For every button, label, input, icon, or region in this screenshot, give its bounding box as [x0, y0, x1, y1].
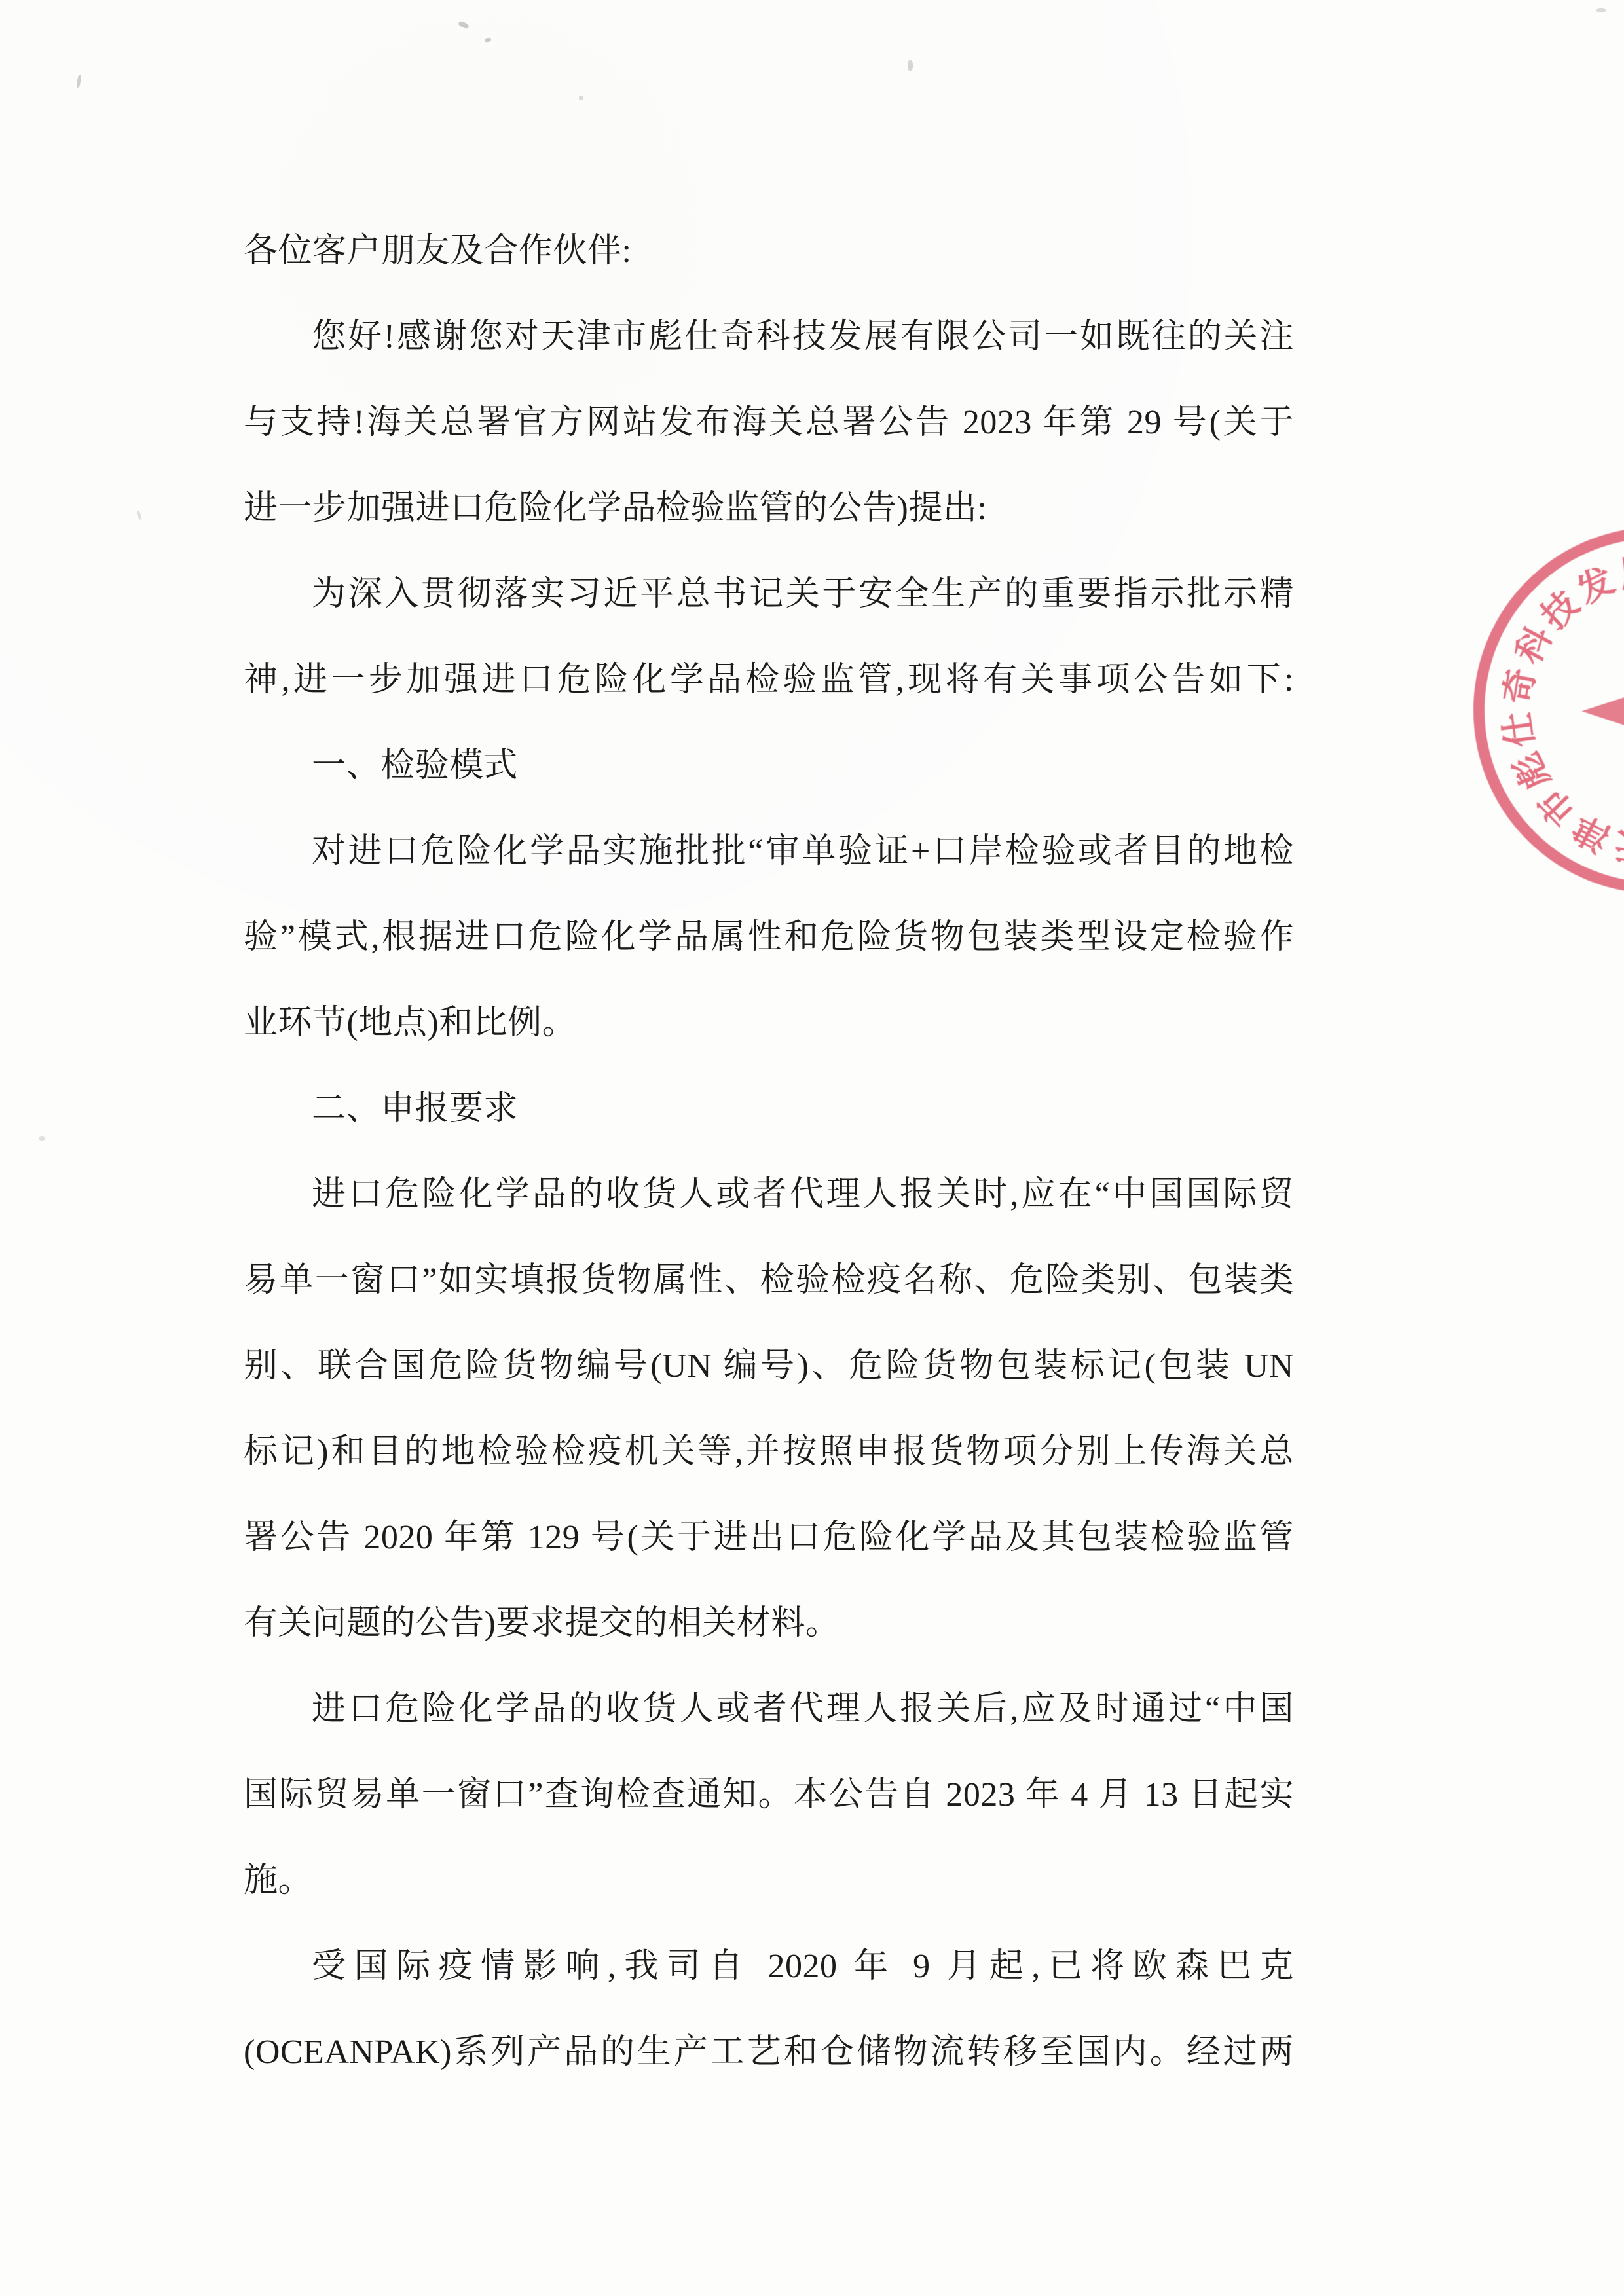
salutation-line: 各位客户朋友及合作伙伴: [244, 208, 1294, 294]
doc-line-19: 国际贸易单一窗口”查询检查通知。本公告自 2023 年 4 月 13 日起实 [244, 1752, 1294, 1838]
doc-line-09: 验”模式,根据进口危险化学品属性和危险货物包装类型设定检验作 [244, 894, 1294, 980]
doc-line-08: 对进口危险化学品实施批批“审单验证+口岸检验或者目的地检 [244, 809, 1294, 894]
letter-body: 各位客户朋友及合作伙伴: 您好!感谢您对天津市彪仕奇科技发展有限公司一如既往的关… [244, 208, 1294, 2095]
scan-speck [136, 511, 142, 520]
doc-line-03: 与支持!海关总署官方网站发布海关总署公告 2023 年第 29 号(关于 [244, 380, 1294, 465]
scan-speck [579, 96, 583, 100]
doc-line-02: 您好!感谢您对天津市彪仕奇科技发展有限公司一如既往的关注 [244, 294, 1294, 380]
scan-speck [908, 60, 913, 71]
doc-line-17: 有关问题的公告)要求提交的相关材料。 [244, 1580, 1294, 1666]
doc-line-12: 进口危险化学品的收货人或者代理人报关时,应在“中国国际贸 [244, 1152, 1294, 1237]
doc-line-13: 易单一窗口”如实填报货物属性、检验检疫名称、危险类别、包装类 [244, 1237, 1294, 1323]
scan-speck [39, 1136, 45, 1141]
doc-line-18: 进口危险化学品的收货人或者代理人报关后,应及时通过“中国 [244, 1666, 1294, 1752]
doc-line-22: (OCEANPAK)系列产品的生产工艺和仓储物流转移至国内。经过两 [244, 2009, 1294, 2095]
seal-arc-char: 仕 [1500, 710, 1540, 750]
doc-line-20: 施。 [244, 1838, 1294, 1923]
company-seal: 天津市彪仕奇科技发展 [1473, 527, 1624, 894]
section-heading-1: 一、检验模式 [244, 723, 1294, 809]
doc-line-21: 受国际疫情影响,我司自 2020 年 9 月起,已将欧森巴克 [244, 1923, 1294, 2009]
scan-speck [484, 37, 491, 43]
scanned-document-page: 各位客户朋友及合作伙伴: 您好!感谢您对天津市彪仕奇科技发展有限公司一如既往的关… [0, 0, 1624, 2296]
doc-line-16: 署公告 2020 年第 129 号(关于进出口危险化学品及其包装检验监管 [244, 1495, 1294, 1580]
seal-arc-char: 奇 [1500, 666, 1541, 707]
doc-line-10: 业环节(地点)和比例。 [244, 980, 1294, 1066]
scan-speck [77, 75, 82, 88]
section-heading-2: 二、申报要求 [244, 1066, 1294, 1152]
doc-line-04: 进一步加强进口危险化学品检验监管的公告)提出: [244, 465, 1294, 551]
doc-line-06: 神,进一步加强进口危险化学品检验监管,现将有关事项公告如下: [244, 637, 1294, 723]
scan-speck [458, 20, 470, 29]
scan-speck [1596, 8, 1606, 12]
doc-line-14: 别、联合国危险货物编号(UN 编号)、危险货物包装标记(包装 UN [244, 1323, 1294, 1409]
doc-line-05: 为深入贯彻落实习近平总书记关于安全生产的重要指示批示精 [244, 551, 1294, 637]
doc-line-15: 标记)和目的地检验检疫机关等,并按照申报货物项分别上传海关总 [244, 1409, 1294, 1495]
